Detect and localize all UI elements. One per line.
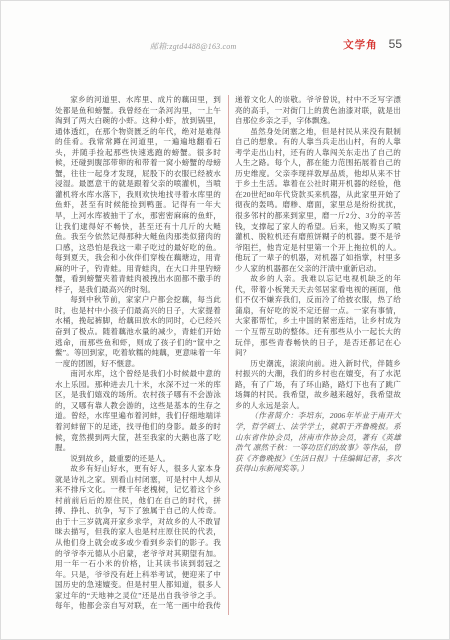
page-header-right: 文学角 55 [343, 37, 402, 52]
article-paragraph: 南河水库，这个曾经是我们小时候最中意的水上乐园。那种进去几十米，水深不过一米的库… [55, 369, 221, 453]
article-paragraph: 家乡的河道里、水库里、成片的藕田里，到处都是鱼和螃蟹。我曾经在一条河沟里，一上午… [55, 95, 221, 295]
header-email: 邮箱:zgtd4488@163.com [150, 41, 237, 52]
section-title: 文学角 [343, 37, 378, 52]
article-paragraph: 历史潮流，滚滚向前。进入新时代，伴随乡村振兴的大潮，我们的乡村也在嬗变，有了水泥… [235, 359, 401, 412]
author-bio-paragraph: （作者简介：李培东，2006年毕业于南开大学，哲学硕士、法学学士，就职于齐鲁晚报… [235, 411, 401, 474]
article-paragraph: 故乡的人亲。我难以忘记电视机缺乏的年代，带着小板凳天天去邻居家看电视的画面，他们… [235, 274, 401, 358]
article-paragraph: 说到故乡，最重要的还是人。 [55, 454, 221, 465]
magazine-page: 邮箱:zgtd4488@163.com 文学角 55 家乡的河道里、水库里、成片… [0, 0, 450, 640]
page-number: 55 [389, 37, 402, 51]
article-paragraph: 每到中秋节前，家家户户都会挖藕，每当此时，也是村中小孩子们最高兴的日子，大家提着… [55, 295, 221, 369]
article-body: 家乡的河道里、水库里、成片的藕田里，到处都是鱼和螃蟹。我曾经在一条河沟里，一上午… [55, 95, 401, 615]
article-paragraph: 虽然身处闭塞之地，但是村民从来没有限制自己的想象。有的人靠当兵走出山村，有的人靠… [235, 127, 401, 275]
